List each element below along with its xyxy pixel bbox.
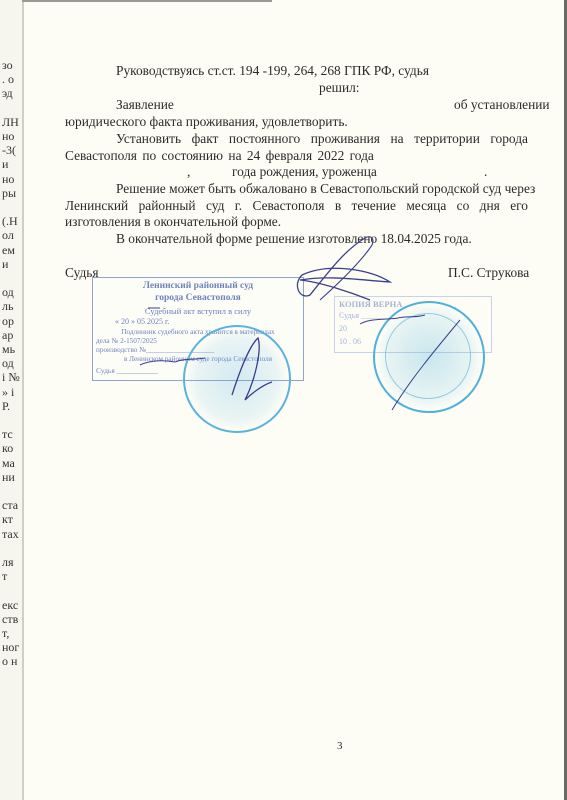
signature-icon [0, 0, 567, 800]
